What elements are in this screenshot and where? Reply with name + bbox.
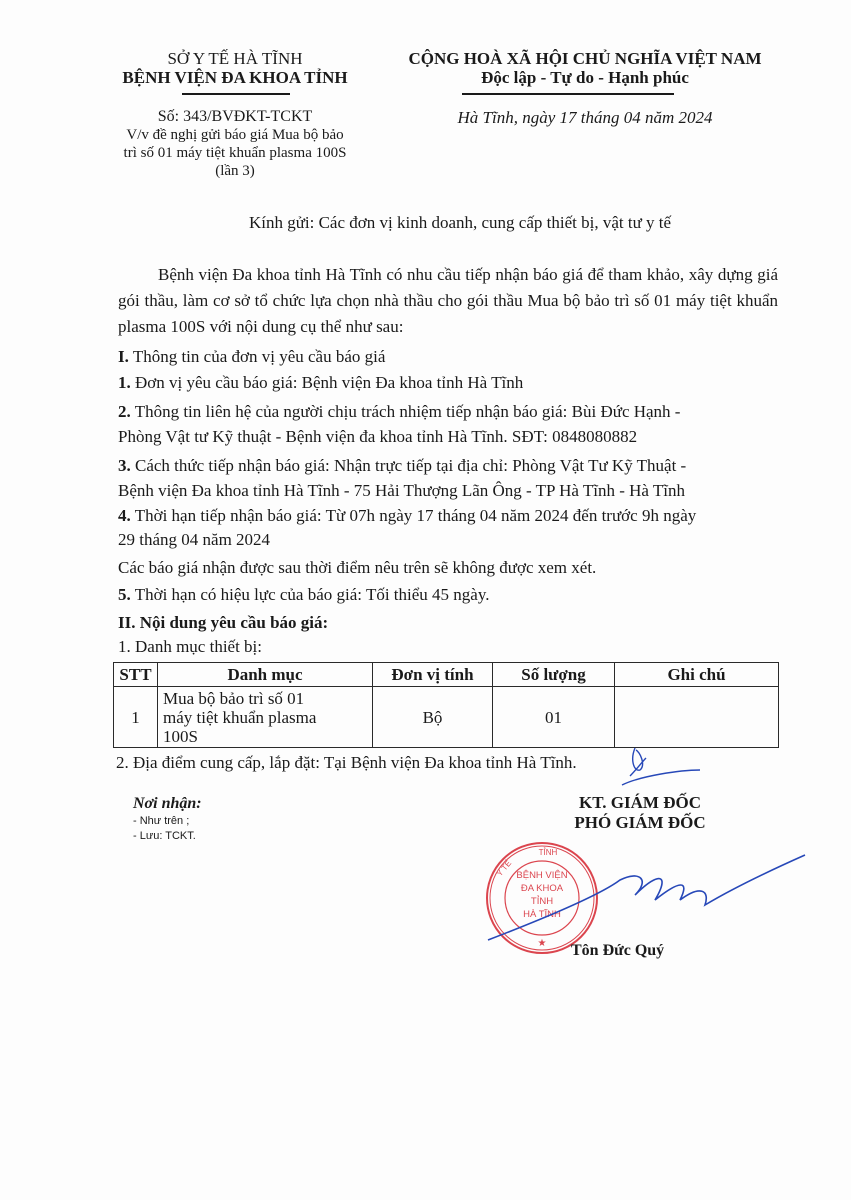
section-1-item-4-cont: 29 tháng 04 năm 2024 (118, 527, 270, 552)
svg-text:★: ★ (538, 938, 547, 949)
recipient-item: - Lưu: TCKT. (133, 829, 202, 844)
col-header-quantity: Số lượng (493, 663, 615, 687)
svg-text:ĐA KHOA: ĐA KHOA (521, 883, 564, 894)
col-header-note: Ghi chú (615, 663, 779, 687)
recipients-title: Nơi nhận: (133, 794, 202, 814)
official-seal-icon: BỆNH VIỆN ĐA KHOA TỈNH HÀ TĨNH TỈNH Y TẾ… (487, 843, 597, 953)
svg-text:HÀ TĨNH: HÀ TĨNH (523, 909, 561, 920)
section-1-item-3-cont: Bệnh viện Đa khoa tỉnh Hà Tĩnh - 75 Hải … (118, 478, 685, 503)
signer-name: Tôn Đức Quý (571, 942, 664, 960)
table-row: 1 Mua bộ bảo trì số 01 máy tiệt khuẩn pl… (114, 687, 779, 748)
section-1-heading: I. Thông tin của đơn vị yêu cầu báo giá (118, 344, 385, 369)
section-1-item-2-cont: Phòng Vật tư Kỹ thuật - Bệnh viện đa kho… (118, 424, 637, 449)
recipient-item: - Như trên ; (133, 814, 202, 829)
section-1-item-4: 4. Thời hạn tiếp nhận báo giá: Từ 07h ng… (118, 503, 696, 528)
col-header-unit: Đơn vị tính (373, 663, 493, 687)
col-header-name: Danh mục (158, 663, 373, 687)
cell-name: Mua bộ bảo trì số 01 máy tiệt khuẩn plas… (158, 687, 373, 748)
hospital-name: BỆNH VIỆN ĐA KHOA TỈNH (110, 68, 360, 88)
cell-quantity: 01 (493, 687, 615, 748)
recipient-line: Kính gửi: Các đơn vị kinh doanh, cung cấ… (110, 213, 810, 233)
svg-text:BỆNH VIỆN: BỆNH VIỆN (516, 870, 567, 881)
section-1-item-3: 3. Cách thức tiếp nhận báo giá: Nhận trự… (118, 453, 686, 478)
svg-text:TỈNH: TỈNH (539, 848, 558, 857)
section-1-note: Các báo giá nhận được sau thời điểm nêu … (118, 555, 596, 580)
svg-text:Y TẾ: Y TẾ (494, 858, 513, 878)
signature-icon (488, 855, 805, 940)
intro-text: Bệnh viện Đa khoa tỉnh Hà Tĩnh có nhu cầ… (118, 265, 778, 336)
initial-mark-icon (622, 748, 700, 785)
recipients-block: Nơi nhận: - Như trên ; - Lưu: TCKT. (133, 794, 202, 844)
header-right: CỘNG HOÀ XÃ HỘI CHỦ NGHĨA VIỆT NAM Độc l… (370, 49, 800, 128)
place-date: Hà Tĩnh, ngày 17 tháng 04 năm 2024 (370, 108, 800, 128)
agency-name: SỞ Y TẾ HÀ TĨNH (110, 49, 360, 68)
intro-paragraph: Bệnh viện Đa khoa tỉnh Hà Tĩnh có nhu cầ… (118, 262, 778, 340)
signature-line-2: PHÓ GIÁM ĐỐC (520, 813, 760, 833)
section-1-item-5: 5. Thời hạn có hiệu lực của báo giá: Tối… (118, 582, 490, 607)
cell-unit: Bộ (373, 687, 493, 748)
document-number: Số: 343/BVĐKT-TCKT (110, 108, 360, 126)
subject-line-2: trì số 01 máy tiệt khuẩn plasma 100S (110, 144, 360, 162)
header-left-underline (182, 93, 290, 95)
motto-underline (462, 93, 674, 95)
equipment-table: STT Danh mục Đơn vị tính Số lượng Ghi ch… (113, 662, 779, 748)
table-header-row: STT Danh mục Đơn vị tính Số lượng Ghi ch… (114, 663, 779, 687)
subject-line-1: V/v đề nghị gửi báo giá Mua bộ bảo (110, 126, 360, 144)
section-1-item-2: 2. Thông tin liên hệ của người chịu trác… (118, 399, 680, 424)
equipment-list-title: 1. Danh mục thiết bị: (118, 634, 262, 659)
col-header-stt: STT (114, 663, 158, 687)
subject-line-3: (lần 3) (110, 162, 360, 180)
section-2-heading: II. Nội dung yêu cầu báo giá: (118, 610, 328, 635)
signature-title: KT. GIÁM ĐỐC PHÓ GIÁM ĐỐC (520, 793, 760, 833)
cell-note (615, 687, 779, 748)
signature-line-1: KT. GIÁM ĐỐC (520, 793, 760, 813)
cell-stt: 1 (114, 687, 158, 748)
svg-text:TỈNH: TỈNH (531, 895, 553, 907)
section-1-item-1: 1. Đơn vị yêu cầu báo giá: Bệnh viện Đa … (118, 370, 523, 395)
header-left: SỞ Y TẾ HÀ TĨNH BỆNH VIỆN ĐA KHOA TỈNH S… (110, 49, 360, 180)
nation-title: CỘNG HOÀ XÃ HỘI CHỦ NGHĨA VIỆT NAM (370, 49, 800, 68)
motto: Độc lập - Tự do - Hạnh phúc (370, 68, 800, 88)
delivery-location: 2. Địa điểm cung cấp, lắp đặt: Tại Bệnh … (116, 750, 577, 775)
